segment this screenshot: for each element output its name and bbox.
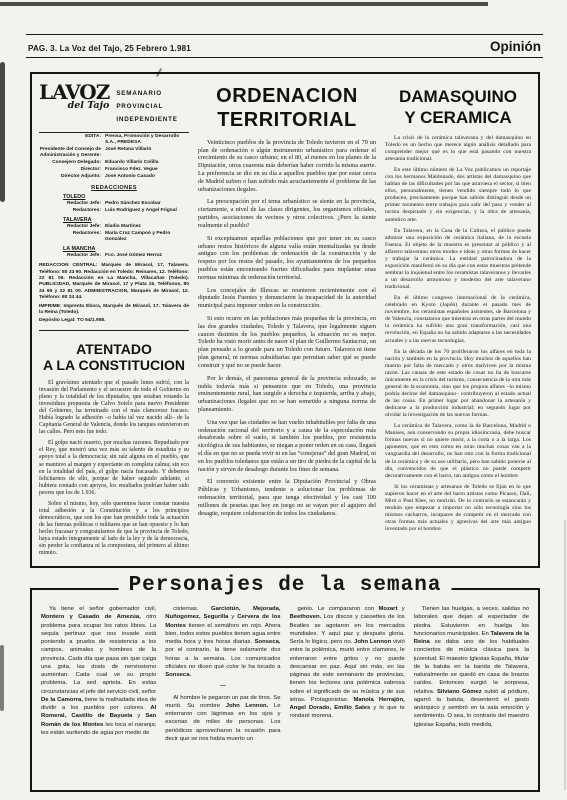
paragraph-divider: —	[165, 682, 280, 690]
credit-value: Eladio Martínez	[105, 224, 189, 230]
article-paragraph: Si esto ocurre en las poblaciones más pe…	[198, 315, 376, 370]
credit-label: Redactor Jefe:	[39, 253, 105, 259]
credit-label: Director Adjunto:	[39, 174, 105, 180]
personajes-paragraph: cisternas. Garciotún, Mejorada, Nuñogome…	[165, 605, 280, 679]
center-column: ORDENACIONTERRITORIALVeinticinco pueblos…	[198, 82, 376, 558]
highlighted-name: Mozart	[378, 606, 397, 612]
personajes-paragraph: Tienen las huelgas, a veces, salidas no …	[414, 605, 529, 729]
personajes-column: genio. Le compararon con Mozart y Beetho…	[290, 605, 405, 782]
credit-value: Pedro Sánchez Escobar	[105, 201, 189, 207]
credit-row: Director Adjunto:José Antonio Casado	[39, 174, 189, 180]
highlighted-name: Beethoven.	[290, 614, 322, 620]
credit-label: Director:	[39, 167, 105, 173]
article-ordenacion-territorial: ORDENACIONTERRITORIALVeinticinco pueblos…	[198, 84, 376, 518]
masthead-credits: EDITA:Prensa, Promoción y Desarrollo S.A…	[39, 134, 189, 260]
credit-row: Director:Francisco Fdez. Vegue	[39, 167, 189, 173]
text-run: vivió entre la polémica, murió entre cla…	[290, 639, 405, 703]
credit-row: Redactor Jefe:Eladio Martínez	[39, 224, 189, 230]
page-header: PAG. 3. La Voz del Tajo, 25 Febrero 1.98…	[26, 34, 543, 58]
article-paragraph: Si los ceramistas y artesanos de Toledo …	[385, 484, 531, 533]
credit-label: Redactor Jefe:	[39, 224, 105, 230]
headline-line: ATENTADO	[39, 341, 189, 358]
credit-value: José Antonio Casado	[105, 174, 189, 180]
text-run: y	[132, 713, 145, 719]
article-paragraph: En la década de los 70 proliferaron los …	[385, 349, 531, 420]
text-run: otro problema para ocupar los ratos libr…	[41, 614, 156, 694]
personajes-paragraph: Ya tiene el señor gobernador civil, Mont…	[41, 605, 156, 737]
page-info: PAG. 3. La Voz del Tajo, 25 Febrero 1.98…	[28, 44, 191, 53]
scan-artifact	[564, 520, 566, 790]
article-paragraph: Sobre el mismo, hoy, sólo queremos hacer…	[39, 501, 189, 558]
article-paragraph: En Talavera, en la Casa de la Cultura, e…	[385, 228, 531, 292]
credit-value: María Cruz Campoó y Pedro González	[105, 231, 189, 243]
headline-line: Y CERAMICA	[385, 107, 531, 128]
personajes-columns: Ya tiene el señor gobernador civil, Mont…	[32, 590, 538, 790]
text-run: se daba uno de los habituales conciertos…	[414, 639, 529, 695]
masthead-fine-print: REDACCION CENTRAL: Marqués de Mirasol, 1…	[39, 263, 189, 330]
credit-value: Eduardo Villarín Colilla	[105, 160, 189, 166]
newspaper-page: PAG. 3. La Voz del Tajo, 25 Febrero 1.98…	[0, 0, 567, 800]
bureau-heading: LA MANCHA	[63, 246, 189, 252]
credit-value: Fco. José Gómez Herruz	[105, 253, 189, 259]
tagline-line-1: SEMANARIO PROVINCIAL	[116, 87, 189, 113]
masthead: LAVOZ del Tajo SEMANARIO PROVINCIAL INDE…	[39, 82, 189, 331]
credit-row: Redactor Jefe:Fco. José Gómez Herruz	[39, 253, 189, 259]
header-rule-bottom	[26, 57, 543, 58]
credit-value: Luis Rodríguez y Angel Frignal	[105, 208, 189, 214]
personajes-paragraph: Al hombre le pegaron un par de tiros. Se…	[165, 694, 280, 744]
article-paragraph: Veinticinco pueblos de la provincia de T…	[198, 139, 376, 194]
scan-artifact	[0, 645, 4, 711]
article-paragraph: En el último congreso internacional de l…	[385, 295, 531, 344]
tagline-line-2: INDEPENDIENTE	[116, 113, 189, 126]
opinion-box: LAVOZ del Tajo SEMANARIO PROVINCIAL INDE…	[30, 72, 540, 568]
headline-line: A LA CONSTITUCION	[39, 357, 189, 374]
text-run: por el contrario, la tiene solamente dos…	[165, 647, 280, 670]
highlighted-name: Sonseca,	[255, 639, 281, 645]
highlighted-name: Montero y Casado de Amezúa,	[41, 614, 141, 620]
fine-print-paragraph: Depósito Legal: TO 64/1.958.	[39, 318, 189, 324]
headline-line: TERRITORIAL	[198, 108, 376, 132]
credit-label: Redactores:	[39, 208, 105, 214]
credit-row: Redactores:María Cruz Campoó y Pedro Gon…	[39, 231, 189, 243]
credits-section-heading: REDACCIONES	[39, 185, 189, 191]
text-run: y	[397, 606, 404, 612]
masthead-tagline: SEMANARIO PROVINCIAL INDEPENDIENTE	[116, 82, 189, 127]
article-paragraph: En este último número de La Voz publicam…	[385, 167, 531, 224]
personajes-column: Tienen las huelgas, a veces, salidas no …	[414, 605, 529, 782]
personajes-title: Personajes de la semana	[119, 574, 452, 597]
personajes-column: Ya tiene el señor gobernador civil, Mont…	[41, 605, 156, 782]
article-paragraph: Los concejales de Illescas se reunieron …	[198, 287, 376, 310]
article-headline: ORDENACIONTERRITORIAL	[198, 84, 376, 133]
article-paragraph: Si exceptuamos aquellas poblaciones que …	[198, 235, 376, 282]
right-column: DAMASQUINOY CERAMICALa crisis de la cerá…	[385, 82, 531, 558]
credit-value: Prensa, Promoción y Desarrollo S.A., PRE…	[105, 134, 189, 146]
article-paragraph: Por lo demás, el panorama general de la …	[198, 375, 376, 414]
highlighted-name: John Lennon	[354, 639, 391, 645]
text-run: genio. Le compararon con	[298, 606, 379, 612]
text-run: Ya tiene el señor gobernador civil,	[49, 606, 156, 612]
credit-value: Francisco Fdez. Vegue	[105, 167, 189, 173]
text-run: y	[228, 614, 237, 620]
article-damasquino-ceramica: DAMASQUINOY CERAMICALa crisis de la cerá…	[385, 86, 531, 533]
credit-value: José Retana Villarín	[105, 147, 189, 159]
newspaper-logo: LAVOZ del Tajo	[39, 82, 109, 111]
personajes-column: cisternas. Garciotún, Mejorada, Nuñogome…	[165, 605, 280, 782]
article-headline: DAMASQUINOY CERAMICA	[385, 86, 531, 129]
fine-print-paragraph: IMPRIME: Imprenta Ebora, Marqués de Mira…	[39, 304, 189, 317]
credit-label: Redactores:	[39, 231, 105, 243]
personajes-paragraph: genio. Le compararon con Mozart y Beetho…	[290, 605, 405, 721]
highlighted-name: Silviano Gómez	[437, 689, 482, 695]
bureau-heading: TOLEDO	[63, 194, 189, 200]
highlighted-name: Sonseca.	[165, 672, 191, 678]
credit-row: Redactor Jefe:Pedro Sánchez Escobar	[39, 201, 189, 207]
credit-label: Consejero Delegado:	[39, 160, 105, 166]
article-paragraph: El gravísimo atentado que el pasado lune…	[39, 380, 189, 437]
credit-row: EDITA:Prensa, Promoción y Desarrollo S.A…	[39, 134, 189, 146]
article-headline: ATENTADOA LA CONSTITUCION	[39, 341, 189, 374]
scan-artifact	[0, 62, 5, 202]
credit-label: Presidente del Consejo de Administración…	[39, 147, 105, 159]
article-paragraph: La preocupación por el tema urbanístico …	[198, 198, 376, 229]
credit-label: Redactor Jefe:	[39, 201, 105, 207]
headline-line: DAMASQUINO	[385, 86, 531, 107]
left-column: LAVOZ del Tajo SEMANARIO PROVINCIAL INDE…	[39, 82, 189, 558]
credit-row: Presidente del Consejo de Administración…	[39, 147, 189, 159]
article-paragraph: La cerámica de Talavera, como la de Barc…	[385, 423, 531, 480]
article-paragraph: El convenio existente entre la Diputació…	[198, 478, 376, 517]
highlighted-name: De la Camorra,	[41, 697, 83, 703]
article-paragraph: El golpe nació muerto, por muchas razone…	[39, 440, 189, 497]
bureau-heading: TALAVERA	[63, 217, 189, 223]
article-paragraph: Una vez que las ciudades se han vuelto i…	[198, 419, 376, 474]
article-atentado-constitucion: ATENTADOA LA CONSTITUCIONEl gravísimo at…	[39, 341, 189, 558]
highlighted-name: John Lennon.	[226, 703, 269, 709]
section-title: Opinión	[490, 39, 541, 54]
credit-row: Consejero Delegado:Eduardo Villarín Coli…	[39, 160, 189, 166]
logo-main-text: LAVOZ	[39, 82, 109, 102]
credit-label: EDITA:	[39, 134, 105, 146]
article-paragraph: La crisis de la cerámica talaverana y de…	[385, 135, 531, 163]
personajes-box: Personajes de la semana Ya tiene el seño…	[30, 588, 540, 792]
credit-row: Redactores:Luis Rodríguez y Angel Frigna…	[39, 208, 189, 214]
text-run: cisternas.	[173, 606, 211, 612]
scan-artifact	[0, 2, 488, 6]
fine-print-paragraph: REDACCION CENTRAL: Marqués de Mirasol, 1…	[39, 263, 189, 301]
headline-line: ORDENACION	[198, 84, 376, 108]
masthead-logo-row: LAVOZ del Tajo SEMANARIO PROVINCIAL INDE…	[39, 82, 189, 133]
